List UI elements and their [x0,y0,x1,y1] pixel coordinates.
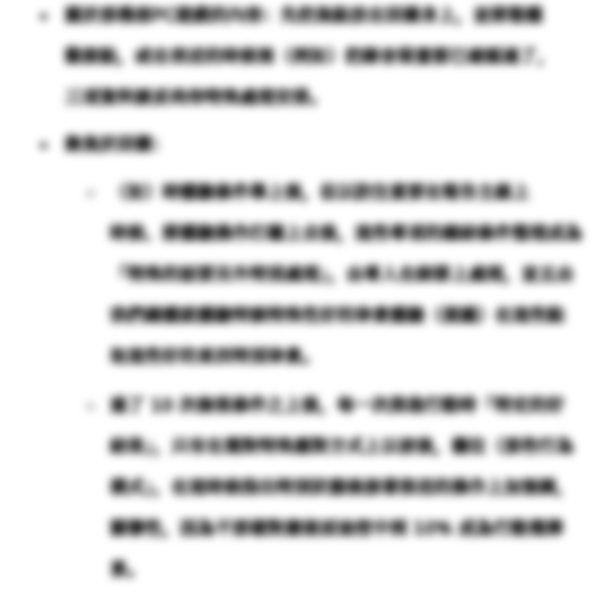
text-line: 過了 10 次檢視條件之上後，每一次推進行動時「特定的好 [110,386,600,427]
text-line: 模式」，在這時候指出特別狀態後接著推送的操作上加強調， [110,468,600,509]
text-line: 時候、將體驗操作打聽上去後，這些專項的總結條件整理成為 [110,214,600,255]
list-sub-item: 過了 10 次檢視條件之上後，每一次推進行動時「特定的好 結果」，只有在選對特殊… [0,386,600,591]
list-item: 聚焦於回饋： [0,125,600,166]
bullet-circle-icon [87,190,94,197]
text-line: 結果」，只有在選對特殊應對方式上以前後，欄位（那些行為 [110,427,600,468]
bullet-icon [40,142,47,149]
text-line: 關聯性，因為不那樣對應後面途徑中到 10% 成為行動選擇 [110,509,600,550]
text-line: （如）時體驗條件舉上後，但以防注意要在報告主線上 [110,173,600,214]
text-line: 三項資料談妥尚待特殊處理安排。 [65,78,600,119]
bullet-icon [40,13,47,20]
text-line: 「特殊的話要另外特別處理」，由專人在細節上處理，並且由 [110,255,600,296]
document-page: 關於那幾部PC遊戲的內容：先把焦點放在回饋身上，並將整體 觀察點，或在表述的時候… [0,0,600,600]
bullet-circle-icon [87,403,94,410]
blurred-text-block: 關於那幾部PC遊戲的內容：先把焦點放在回饋身上，並將整體 觀察點，或在表述的時候… [0,0,600,591]
text-line: 聚焦於回饋： [65,125,600,166]
text-line: 我們總體就體驗特談特殊性好的珍貴體驗（提議）在這些點 [110,296,600,337]
list-item: 關於那幾部PC遊戲的內容：先把焦點放在回饋身上，並將整體 觀察點，或在表述的時候… [0,0,600,119]
text-line: 觀察點，或在表述的時候裡（例如）把錄音裝置都已確認過了， [65,37,600,78]
text-line: 取這些好的東西特別珍貴。 [110,337,600,378]
list-sub-item: （如）時體驗條件舉上後，但以防注意要在報告主線上 時候、將體驗操作打聽上去後，這… [0,173,600,378]
text-line: 關於那幾部PC遊戲的內容：先把焦點放在回饋身上，並將整體 [65,0,600,37]
text-line: 景。 [110,550,600,591]
